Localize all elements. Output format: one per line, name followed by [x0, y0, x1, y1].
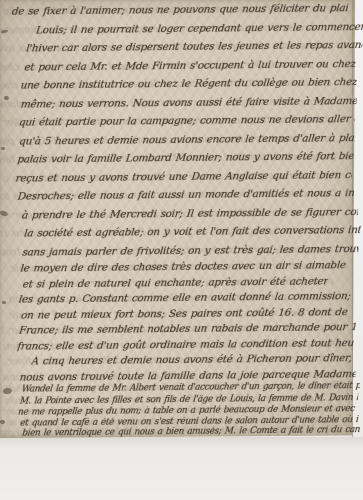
- handwritten-line: francs; elle est d'un goût ordinaire mai…: [17, 337, 354, 354]
- handwritten-line: les gants p. Constant comme elle en avai…: [18, 290, 355, 307]
- handwritten-line: de se fixer à l'animer; nous ne pouvons …: [11, 2, 348, 19]
- handwritten-line: Louis; il ne pourrait se loger cependant…: [35, 20, 363, 37]
- handwritten-line: on ne peut mieux fort bons; Ses paires o…: [20, 306, 348, 322]
- handwritten-line: reçus et nous y avons trouvé une Dame An…: [15, 169, 352, 186]
- handwritten-line: Desroches; elle nous a fait aussi un mon…: [17, 187, 354, 204]
- handwritten-line: la société est agréable; on y voit et l'…: [23, 224, 360, 241]
- handwritten-line: sans jamais parler de frivolités; on y e…: [22, 243, 359, 260]
- handwritten-line: France; ils me semblent notables un raba…: [18, 321, 355, 338]
- handwritten-line: et si plein de naturel qui enchante; apr…: [22, 275, 329, 291]
- handwriting-layer: de se fixer à l'animer; nous ne pouvons …: [0, 0, 357, 440]
- line-text: même; nous verrons. Nous avons aussi été…: [20, 95, 357, 111]
- handwritten-line: l'hiver car alors se dispersent toutes l…: [25, 39, 362, 56]
- handwritten-line: une bonne institutrice ou chez le Régent…: [20, 76, 357, 93]
- handwritten-line: qu'à 5 heures et demie nous avions encor…: [18, 132, 355, 149]
- handwritten-line: À cinq heures et demie nous avons été à …: [31, 352, 353, 368]
- handwritten-line: palais voir la famille Lombard Monnier; …: [17, 150, 354, 167]
- lower-blank-sheet: [0, 437, 363, 500]
- handwritten-line: même; nous verrons. Nous avons aussi été…: [20, 95, 357, 112]
- handwritten-line: à prendre le thé Mercredi soir; Il est i…: [21, 206, 358, 223]
- handwritten-line: qui était partie pour la campagne; comme…: [18, 113, 355, 130]
- handwritten-line: le moyen de dire des choses très doctes …: [20, 259, 347, 275]
- handwritten-line: et pour cela Mr. et Mde Firmin s'occupen…: [24, 58, 357, 74]
- letter-scan-page: de se fixer à l'animer; nous ne pouvons …: [0, 0, 363, 500]
